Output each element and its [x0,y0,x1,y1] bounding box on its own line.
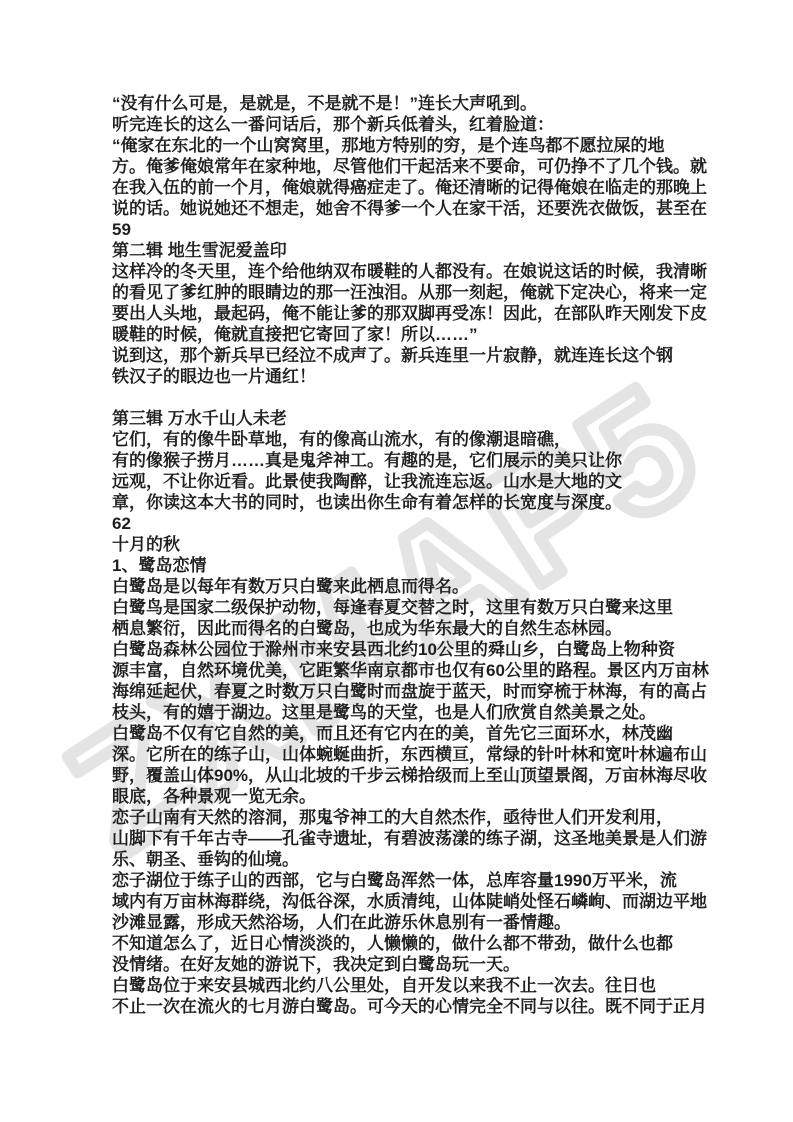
text-line: “俺家在东北的一个山窝窝里，那地方特别的穷，是个连鸟都不愿拉屎的地 [112,135,732,156]
text-line: 的看见了爹红肿的眼睛边的那一汪浊泪。从那一刻起，俺就下定决心，将来一定 [112,282,732,303]
text-line: 听完连长的这么一番问话后，那个新兵低着头，红着脸道： [112,114,732,135]
text-line: 第二辑 地生雪泥爱盖印 [112,240,732,261]
text-line: 说到这，那个新兵早已经泣不成声了。新兵连里一片寂静，就连连长这个钢 [112,345,732,366]
text-line: 暖鞋的时候，俺就直接把它寄回了家！所以……” [112,324,732,345]
text-line: 在我入伍的前一个月，俺娘就得癌症走了。俺还清晰的记得俺娘在临走的那晚上 [112,177,732,198]
text-line: 章，你读这本大书的同时，也读出你生命有着怎样的长宽度与深度。 [112,492,732,513]
text-line: 有的像猴子捞月……真是鬼斧神工。有趣的是，它们展示的美只让你 [112,450,732,471]
text-line: 野，覆盖山体90%，从山北坡的千步云梯拾级而上至山顶望景阁，万亩林海尽收 [112,765,732,786]
text-line: 深。它所在的练子山，山体蜿蜒曲折，东西横亘，常绿的针叶林和宽叶林遍布山 [112,744,732,765]
text-line: 乐、朝圣、垂钩的仙境。 [112,849,732,870]
text-line: 59 [112,219,732,240]
text-line: 铁汉子的眼边也一片通红！ [112,366,732,387]
text-line: “没有什么可是，是就是，不是就不是！”连长大声吼到。 [112,93,732,114]
text-line: 62 [112,513,732,534]
text-line: 眼底，各种景观一览无余。 [112,786,732,807]
document-viewport: { "document": { "page_numbers": ["59", "… [0,0,793,1122]
text-line: 没情绪。在好友她的游说下，我决定到白鹭岛玩一天。 [112,954,732,975]
text-line: 白鹭岛位于来安县城西北约八公里处，自开发以来我不止一次去。往日也 [112,975,732,996]
text-line: 1、鹭岛恋情 [112,555,732,576]
text-line: 恋子湖位于练子山的西部，它与白鹭岛浑然一体，总库容量1990万平米，流 [112,870,732,891]
text-line: 要出人头地，最起码，俺不能让爹的那双脚再受冻！因此，在部队昨天刚发下皮 [112,303,732,324]
text-line: 十月的秋 [112,534,732,555]
text-line: 域内有万亩林海群绕，沟低谷深，水质清纯，山体陡峭处怪石嶙峋、而湖边平地 [112,891,732,912]
text-line [112,387,732,408]
text-line: 远观，不让你近看。此景使我陶醉，让我流连忘返。山水是大地的文 [112,471,732,492]
text-line: 它们，有的像牛卧草地，有的像高山流水，有的像潮退暗礁， [112,429,732,450]
text-line: 白鹭岛不仅有它自然的美，而且还有它内在的美，首先它三面环水，林茂幽 [112,723,732,744]
text-line: 山脚下有千年古寺——孔雀寺遗址，有碧波荡漾的练子湖，这圣地美景是人们游 [112,828,732,849]
text-line: 方。俺爹俺娘常年在家种地，尽管他们干起活来不要命，可仍挣不了几个钱。就 [112,156,732,177]
text-line: 第三辑 万水千山人未老 [112,408,732,429]
text-line: 沙滩显露，形成天然浴场，人们在此游乐休息别有一番情趣。 [112,912,732,933]
text-line: 白鹭鸟是国家二级保护动物，每逢春夏交替之时，这里有数万只白鹭来这里 [112,597,732,618]
text-line: 说的话。她说她还不想走，她舍不得爹一个人在家干活，还要洗衣做饭，甚至在 [112,198,732,219]
text-line: 这样冷的冬天里，连个给他纳双布暖鞋的人都没有。在娘说这话的时候，我清晰 [112,261,732,282]
text-line: 不止一次在流火的七月游白鹭岛。可今天的心情完全不同与以往。既不同于正月 [112,996,732,1017]
document-page: ZXMAP5 “没有什么可是，是就是，不是就不是！”连长大声吼到。听完连长的这么… [0,0,793,1122]
text-line: 栖息繁衍，因此而得名的白鹭岛，也成为华东最大的自然生态林园。 [112,618,732,639]
text-line: 白鹭岛森林公园位于滁州市来安县西北约10公里的舜山乡，白鹭岛上物种资 [112,639,732,660]
text-line: 白鹭岛是以每年有数万只白鹭来此栖息而得名。 [112,576,732,597]
text-line: 源丰富，自然环境优美，它距繁华南京都市也仅有60公里的路程。景区内万亩林 [112,660,732,681]
text-line: 不知道怎么了，近日心情淡淡的，人懒懒的，做什么都不带劲，做什么也都 [112,933,732,954]
document-text: “没有什么可是，是就是，不是就不是！”连长大声吼到。听完连长的这么一番问话后，那… [112,93,732,1017]
text-line: 枝头，有的嬉于湖边。这里是鹭鸟的天堂，也是人们欣赏自然美景之处。 [112,702,732,723]
text-line: 恋子山南有天然的溶洞，那鬼爷神工的大自然杰作，亟待世人们开发利用， [112,807,732,828]
text-line: 海绵延起伏，春夏之时数万只白鹭时而盘旋于蓝天，时而穿梳于林海，有的高占 [112,681,732,702]
